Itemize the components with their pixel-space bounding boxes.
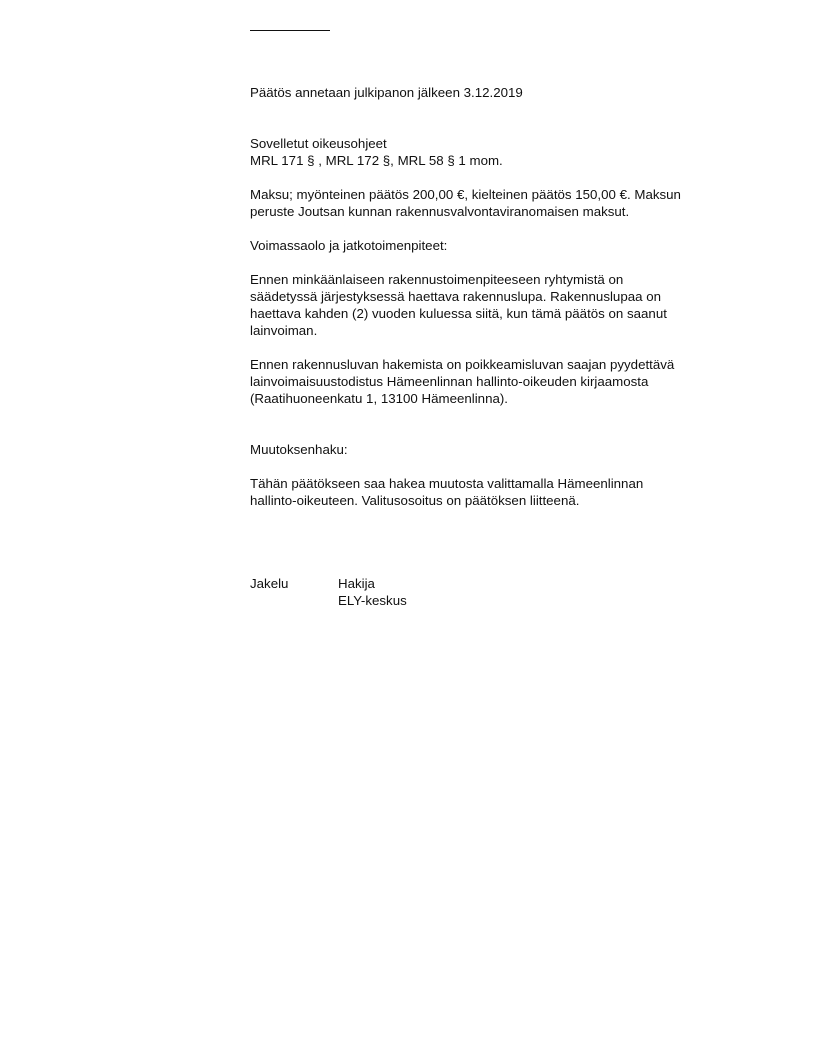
paragraph-line: lainvoimaisuustodistus Hämeenlinnan hall… — [250, 373, 740, 390]
distribution-list: Hakija ELY-keskus — [338, 575, 407, 609]
paragraph-line: lainvoiman. — [250, 322, 740, 339]
distribution-recipient: Hakija — [338, 575, 407, 592]
validity-heading-text: Voimassaolo ja jatkotoimenpiteet: — [250, 237, 740, 254]
fee-section: Maksu; myönteinen päätös 200,00 €, kielt… — [250, 186, 740, 220]
appeal-paragraph: Tähän päätökseen saa hakea muutosta vali… — [250, 475, 740, 509]
fee-line: Maksu; myönteinen päätös 200,00 €, kielt… — [250, 186, 740, 203]
validity-paragraph-2: Ennen rakennusluvan hakemista on poikkea… — [250, 356, 740, 407]
distribution-label: Jakelu — [250, 575, 288, 592]
decision-date-text: Päätös annetaan julkipanon jälkeen 3.12.… — [250, 84, 740, 101]
appeal-heading-text: Muutoksenhaku: — [250, 441, 740, 458]
fee-line: peruste Joutsan kunnan rakennusvalvontav… — [250, 203, 740, 220]
paragraph-line: Ennen minkäänlaiseen rakennustoimenpitee… — [250, 271, 740, 288]
paragraph-line: hallinto-oikeuteen. Valitusosoitus on pä… — [250, 492, 740, 509]
applied-law-section: Sovelletut oikeusohjeet MRL 171 § , MRL … — [250, 135, 740, 169]
distribution-recipient: ELY-keskus — [338, 592, 407, 609]
applied-law-heading: Sovelletut oikeusohjeet — [250, 135, 740, 152]
validity-heading: Voimassaolo ja jatkotoimenpiteet: — [250, 237, 740, 254]
paragraph-line: haettava kahden (2) vuoden kuluessa siit… — [250, 305, 740, 322]
appeal-heading: Muutoksenhaku: — [250, 441, 740, 458]
paragraph-line: säädetyssä järjestyksessä haettava raken… — [250, 288, 740, 305]
paragraph-line: (Raatihuoneenkatu 1, 13100 Hämeenlinna). — [250, 390, 740, 407]
document-page: Päätös annetaan julkipanon jälkeen 3.12.… — [0, 0, 816, 1056]
paragraph-line: Ennen rakennusluvan hakemista on poikkea… — [250, 356, 740, 373]
validity-paragraph-1: Ennen minkäänlaiseen rakennustoimenpitee… — [250, 271, 740, 339]
paragraph-line: Tähän päätökseen saa hakea muutosta vali… — [250, 475, 740, 492]
separator-line — [250, 30, 330, 31]
decision-date-line: Päätös annetaan julkipanon jälkeen 3.12.… — [250, 84, 740, 101]
applied-law-text: MRL 171 § , MRL 172 §, MRL 58 § 1 mom. — [250, 152, 740, 169]
